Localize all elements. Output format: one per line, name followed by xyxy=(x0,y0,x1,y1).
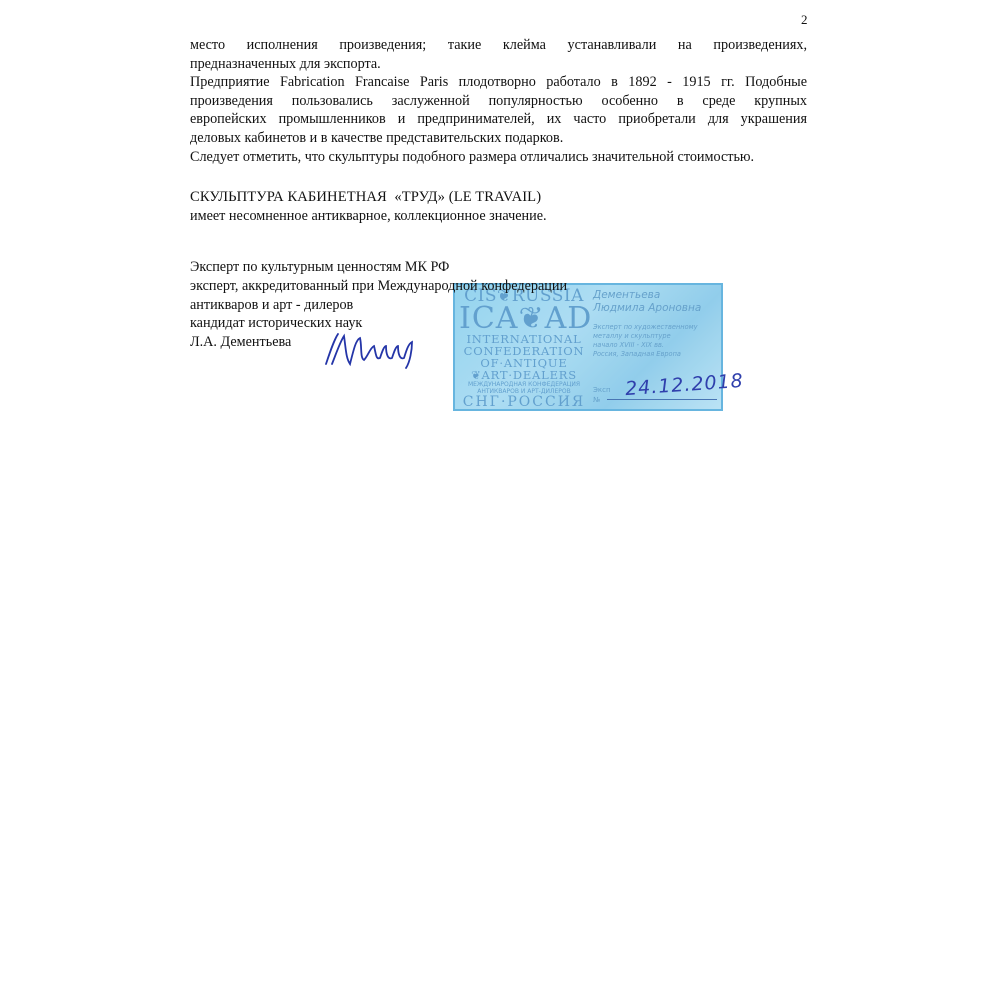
paragraph-line: предназначенных для экспорта. xyxy=(190,55,807,74)
paragraph-line: Следует отметить, что скульптуры подобно… xyxy=(190,148,807,167)
sculpture-title: СКУЛЬПТУРА КАБИНЕТНАЯ «ТРУД» (LE TRAVAIL… xyxy=(190,188,547,207)
stamp-expert-given-name: Людмила Ароновна xyxy=(593,302,721,315)
stamp-org-line: ❦ART·DEALERS xyxy=(459,369,589,381)
stamp-spec-line: начало XVIII - XIX вв. xyxy=(593,341,721,350)
stamp-org-line: МЕЖДУНАРОДНАЯ КОНФЕДЕРАЦИЯ xyxy=(459,381,589,388)
conclusion-block: СКУЛЬПТУРА КАБИНЕТНАЯ «ТРУД» (LE TRAVAIL… xyxy=(190,188,547,226)
handwritten-signature xyxy=(320,328,430,370)
signatory-line: эксперт, аккредитованный при Международн… xyxy=(190,277,567,296)
stamp-field-label: № xyxy=(593,395,611,405)
stamp-fields: Эксп № xyxy=(593,385,611,405)
stamp-spec-line: Эксперт по художественному xyxy=(593,323,721,332)
stamp-specialization: Эксперт по художественному металлу и ску… xyxy=(593,323,721,359)
stamp-expert-surname: Дементьева xyxy=(593,289,721,302)
paragraph-line: Предприятие Fabrication Francaise Paris … xyxy=(190,73,807,92)
paragraph-line: деловых кабинетов и в качестве представи… xyxy=(190,129,807,148)
stamp-field-label: Эксп xyxy=(593,385,611,395)
stamp-org-line: СНГ·РОССИЯ xyxy=(459,395,589,409)
signatory-line: антикваров и арт - дилеров xyxy=(190,296,567,315)
handwritten-date: 24.12.2018 xyxy=(624,370,744,400)
paragraph-line: место исполнения произведения; такие кле… xyxy=(190,36,807,55)
stamp-spec-line: Россия, Западная Европа xyxy=(593,350,721,359)
paragraph-line: произведения пользовались заслуженной по… xyxy=(190,92,807,111)
paragraph-line: европейских промышленников и предпринима… xyxy=(190,110,807,129)
body-paragraphs: место исполнения произведения; такие кле… xyxy=(190,36,807,166)
stamp-date-underline xyxy=(607,399,717,400)
signatory-line: Эксперт по культурным ценностям МК РФ xyxy=(190,258,567,277)
conclusion-statement: имеет несомненное антикварное, коллекцио… xyxy=(190,207,547,226)
stamp-spec-line: металлу и скульптуре xyxy=(593,332,721,341)
stamp-expert-info: Дементьева Людмила Ароновна Эксперт по х… xyxy=(593,289,721,359)
page-number: 2 xyxy=(801,12,808,28)
